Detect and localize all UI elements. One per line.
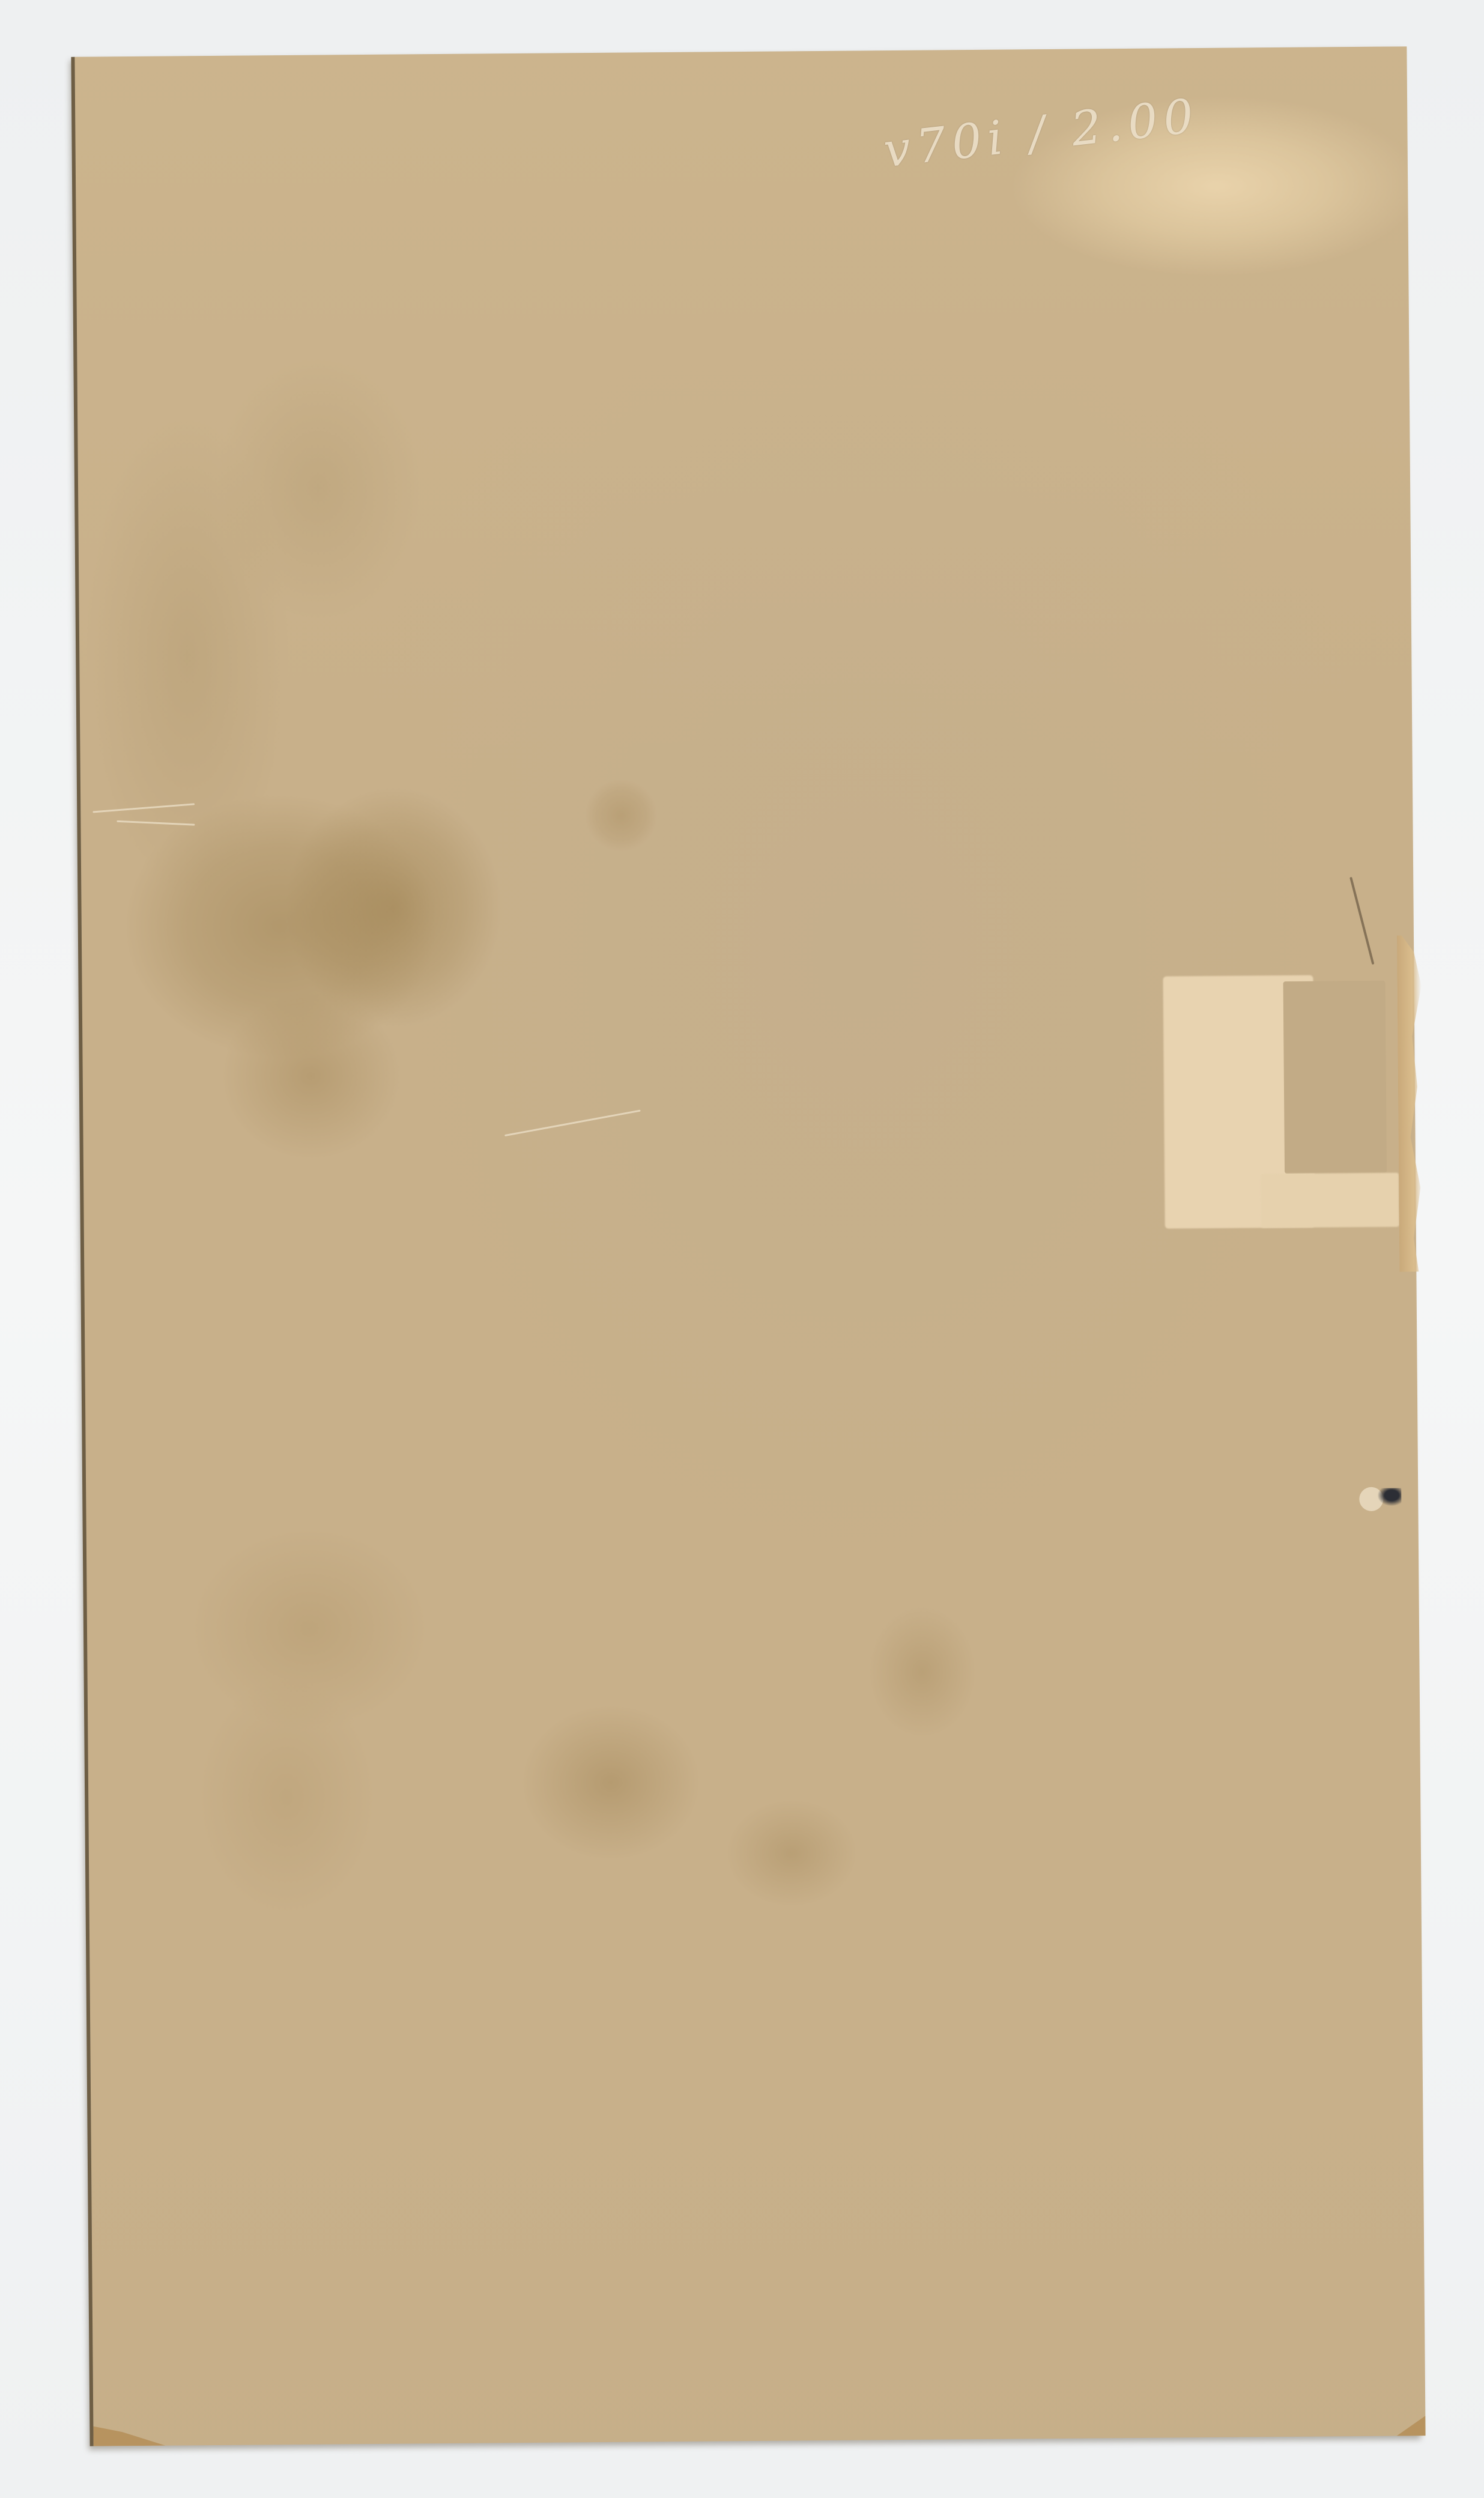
- scan-background: v70i / 2.00: [0, 0, 1484, 2498]
- tape-residue-bottom: [1261, 1173, 1399, 1228]
- corner-wear-bottom-right: [1396, 2416, 1425, 2436]
- card-back: v70i / 2.00: [74, 46, 1425, 2446]
- card-edge-shadow: [71, 57, 93, 2446]
- scratch-mark: [92, 803, 195, 813]
- corner-wear-bottom-left: [93, 2426, 165, 2446]
- paper-crack: [1349, 877, 1374, 965]
- ink-mark: [1377, 1488, 1401, 1506]
- scratch-mark: [117, 820, 195, 826]
- pencil-note: v70i / 2.00: [881, 89, 1202, 178]
- tape-residue-inner: [1283, 981, 1387, 1174]
- scratch-mark: [504, 1109, 641, 1136]
- torn-edge: [1397, 935, 1423, 1272]
